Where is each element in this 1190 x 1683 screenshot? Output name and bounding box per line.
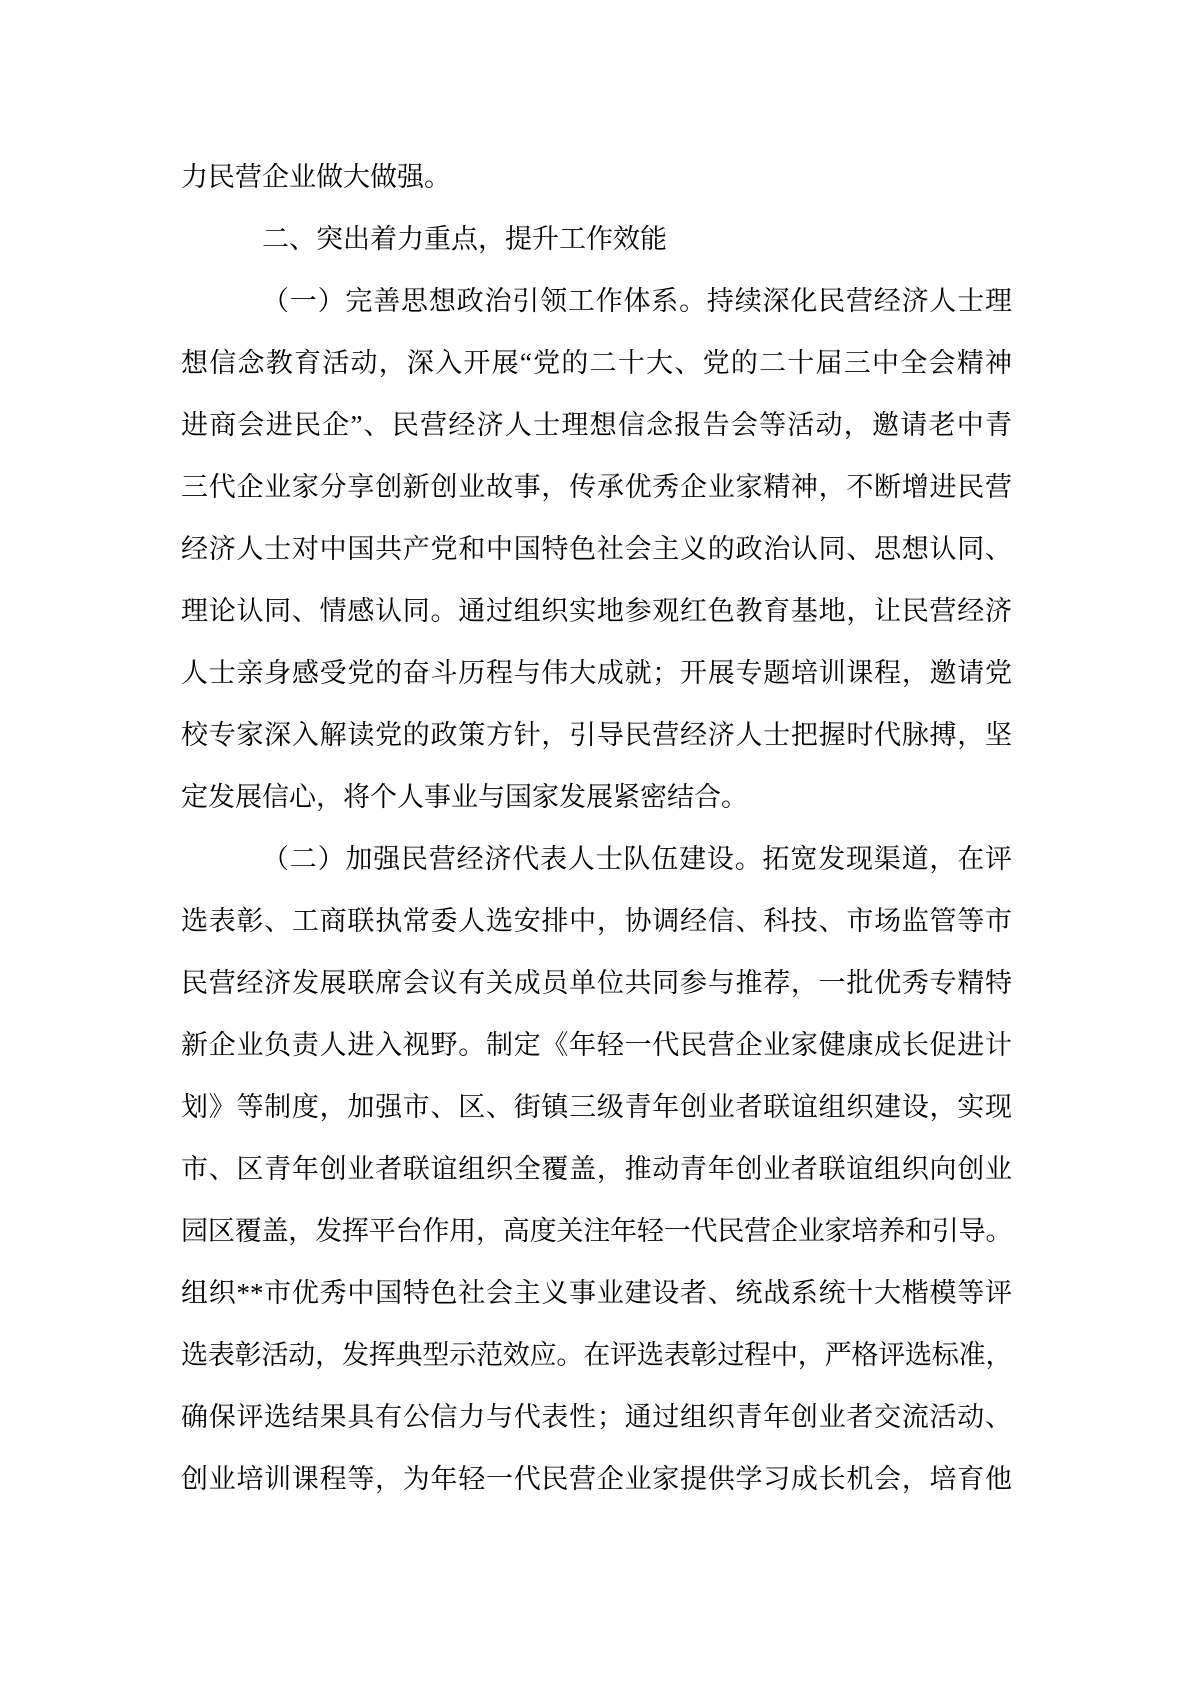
text-line: 园区覆盖，发挥平台作用，高度关注年轻一代民营企业家培养和引导。 <box>181 1200 1012 1262</box>
text-line: （二）加强民营经济代表人士队伍建设。拓宽发现渠道，在评 <box>181 828 1012 890</box>
text-block: 力民营企业做大做强。 二、突出着力重点，提升工作效能 （一）完善思想政治引领工作… <box>181 146 1012 1510</box>
text-line: 组织**市优秀中国特色社会主义事业建设者、统战系统十大楷模等评 <box>181 1262 1012 1324</box>
text-line: 理论认同、情感认同。通过组织实地参观红色教育基地，让民营经济 <box>181 580 1012 642</box>
text-line: 力民营企业做大做强。 <box>181 146 1012 208</box>
text-line: 三代企业家分享创新创业故事，传承优秀企业家精神，不断增进民营 <box>181 456 1012 518</box>
text-line: 划》等制度，加强市、区、街镇三级青年创业者联谊组织建设，实现 <box>181 1076 1012 1138</box>
text-line: 人士亲身感受党的奋斗历程与伟大成就；开展专题培训课程，邀请党 <box>181 642 1012 704</box>
text-line: 创业培训课程等，为年轻一代民营企业家提供学习成长机会，培育他 <box>181 1448 1012 1510</box>
text-line: 新企业负责人进入视野。制定《年轻一代民营企业家健康成长促进计 <box>181 1014 1012 1076</box>
text-line: 进商会进民企”、民营经济人士理想信念报告会等活动，邀请老中青 <box>181 394 1012 456</box>
text-line: 想信念教育活动，深入开展“党的二十大、党的二十届三中全会精神 <box>181 332 1012 394</box>
section-heading: 二、突出着力重点，提升工作效能 <box>181 208 1012 270</box>
text-line: 市、区青年创业者联谊组织全覆盖，推动青年创业者联谊组织向创业 <box>181 1138 1012 1200</box>
text-line: 确保评选结果具有公信力与代表性；通过组织青年创业者交流活动、 <box>181 1386 1012 1448</box>
document-page: 力民营企业做大做强。 二、突出着力重点，提升工作效能 （一）完善思想政治引领工作… <box>0 0 1190 1683</box>
text-line: （一）完善思想政治引领工作体系。持续深化民营经济人士理 <box>181 270 1012 332</box>
text-line: 民营经济发展联席会议有关成员单位共同参与推荐，一批优秀专精特 <box>181 952 1012 1014</box>
text-line: 经济人士对中国共产党和中国特色社会主义的政治认同、思想认同、 <box>181 518 1012 580</box>
text-line: 校专家深入解读党的政策方针，引导民营经济人士把握时代脉搏，坚 <box>181 704 1012 766</box>
text-line: 选表彰活动，发挥典型示范效应。在评选表彰过程中，严格评选标准， <box>181 1324 1012 1386</box>
text-line: 定发展信心，将个人事业与国家发展紧密结合。 <box>181 766 1012 828</box>
text-line: 选表彰、工商联执常委人选安排中，协调经信、科技、市场监管等市 <box>181 890 1012 952</box>
